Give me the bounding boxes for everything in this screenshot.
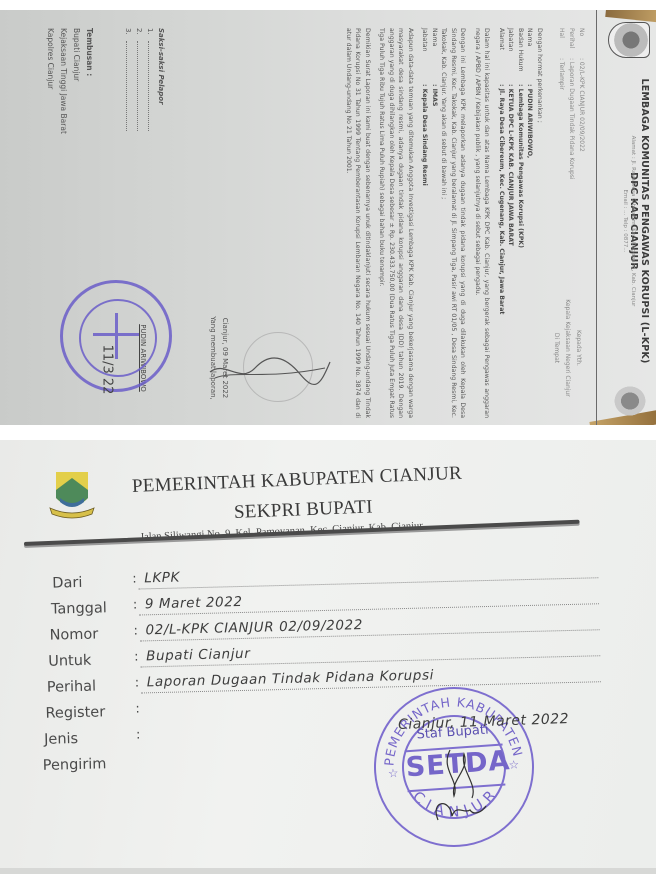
- colon: :: [133, 598, 138, 613]
- witness-item: 2.: [133, 28, 144, 131]
- field-row: Nama: PUDIN ARIWIBOWO,: [525, 28, 535, 418]
- field-value: : IMAS: [430, 84, 440, 106]
- letter-address: Alamat : Jl. Raya Desa Cibereum, Kec. Cu…: [621, 66, 637, 376]
- lkpk-logo-icon: [608, 22, 650, 58]
- field-label: Nama: [525, 28, 535, 84]
- blank-line: [148, 41, 149, 131]
- field-label: Nama: [430, 28, 440, 84]
- form-label: Jenis: [44, 730, 134, 748]
- colon: :: [134, 650, 139, 665]
- field-label: Jabatan: [506, 28, 516, 84]
- greeting: Dengan hormat perkenankan ;: [535, 28, 545, 418]
- photo-report-letter: LEMBAGA KOMUNITAS PENGAWAS KORUPSI (L-KP…: [0, 10, 656, 425]
- header-title: PEMERINTAH KABUPATEN CIANJUR: [132, 461, 513, 498]
- form-label: Dari: [52, 573, 142, 591]
- field-value: : KETUA DPC L-KPK KAB. CIANJUR JAWA BARA…: [506, 84, 516, 246]
- colon: :: [133, 624, 138, 639]
- letter-recipient: Kepada Yth. Kepala Kejaksaan Negeri Cian…: [551, 288, 584, 408]
- recipient-line: Di Tempat: [551, 288, 562, 408]
- meta-value: : Terlampir: [558, 58, 565, 90]
- letter-header: LEMBAGA KOMUNITAS PENGAWAS KORUPSI (L-KP…: [596, 10, 656, 425]
- field-label: Jabatan: [420, 28, 430, 84]
- blank-line: [137, 41, 138, 131]
- cc-item: Kapolres Cianjur: [44, 28, 57, 134]
- form-label: Register: [45, 704, 135, 722]
- colon: :: [135, 702, 140, 717]
- field-row: Nama: IMAS: [430, 28, 440, 418]
- field-row: Jabatan: KETUA DPC L-KPK KAB. CIANJUR JA…: [506, 28, 516, 418]
- receiver-signature-icon: [420, 740, 510, 830]
- form-label: Untuk: [48, 652, 138, 670]
- garuda-emblem-icon: [612, 384, 648, 418]
- recipient-line: Kepada Yth.: [573, 288, 584, 408]
- field-value: : Kepala Desa Sindang Resmi: [420, 84, 430, 186]
- meta-value: : Laporan Dugaan Tindak Pidana Korupsi: [568, 58, 575, 180]
- recipient-line: Kepala Kejaksaan Negeri Cianjur: [562, 288, 573, 408]
- witness-number: 3.: [124, 28, 132, 35]
- witness-number: 2.: [135, 28, 143, 35]
- svg-text:☆: ☆: [388, 766, 399, 781]
- handwritten-date-note: 11/3 22: [99, 345, 114, 395]
- sword-icon: [115, 313, 118, 359]
- cc-item: Bupati Cianjur: [70, 28, 83, 134]
- meta-label: No: [576, 28, 586, 58]
- witness-item: 3.: [122, 28, 133, 131]
- contact-line: Email : ... Telp : 0877...: [621, 66, 629, 376]
- paragraph: Demikian Surat Laporan ini kami buat den…: [344, 28, 373, 418]
- letter-body: Dengan hormat perkenankan ; Nama: PUDIN …: [344, 28, 545, 418]
- photo-edge: [0, 868, 656, 874]
- header-subtitle: SEKPRI BUPATI: [234, 494, 435, 524]
- field-value: : Lembaga Komunitas Pengawas Korupsi (KP…: [516, 84, 526, 248]
- paragraph: Adapun data-data temuan yang ditemukan A…: [377, 28, 415, 418]
- signature-scribble-icon: [205, 350, 335, 390]
- paragraph: Dengan ini Lembaga KPK melaporkan adanya…: [439, 28, 468, 418]
- witness-title: Saksi-saksi Pelapor: [155, 28, 166, 131]
- cc-title: Tembusan :: [83, 28, 96, 134]
- meta-value: : 02/L-KPK CIANJUR 02/09/2022: [578, 58, 585, 152]
- kejaksaan-stamp: [60, 280, 172, 392]
- meta-label: Perihal: [566, 28, 576, 58]
- witness-list: Saksi-saksi Pelapor 1. 2. 3.: [122, 28, 166, 131]
- field-value: : Jl. Raya Desa Cibereum, Kec. Cugenang,…: [497, 84, 507, 314]
- field-row: Alamat: Jl. Raya Desa Cibereum, Kec. Cug…: [497, 28, 507, 418]
- witness-number: 1.: [146, 28, 154, 35]
- field-row: Badan Hukum: Lembaga Komunitas Pengawas …: [516, 28, 526, 418]
- field-label: Alamat: [497, 28, 507, 84]
- form-label: Perihal: [47, 678, 137, 696]
- letter-meta: No: 02/L-KPK CIANJUR 02/09/2022 Perihal:…: [556, 28, 586, 180]
- form-label: Pengirim: [43, 756, 133, 774]
- field-value: : PUDIN ARIWIBOWO,: [525, 84, 535, 158]
- carbon-copy-list: Tembusan : Bupati Cianjur Kejaksaan Ting…: [44, 28, 96, 134]
- meta-label: Hal: [556, 28, 566, 58]
- form-label: Tanggal: [51, 599, 141, 617]
- cianjur-coat-of-arms-icon: [46, 468, 98, 520]
- header-divider: [24, 520, 580, 546]
- form-label: Nomor: [49, 625, 139, 643]
- field-label: Badan Hukum: [516, 28, 526, 84]
- blank-line: [126, 41, 127, 131]
- paragraph: Dalam hal ini kapasitas untuk dan atas N…: [473, 28, 492, 418]
- colon: :: [136, 727, 141, 742]
- cc-item: Kejaksaan Tinggi Jawa Barat: [57, 28, 70, 134]
- colon: :: [132, 572, 137, 587]
- field-row: Jabatan: Kepala Desa Sindang Resmi: [420, 28, 430, 418]
- photo-receipt-slip: PEMERINTAH KABUPATEN CIANJUR SEKPRI BUPA…: [0, 440, 656, 874]
- witness-item: 1.: [144, 28, 155, 131]
- colon: :: [135, 676, 140, 691]
- address-line: Alamat : Jl. Raya Desa Cibereum, Kec. Cu…: [629, 66, 637, 376]
